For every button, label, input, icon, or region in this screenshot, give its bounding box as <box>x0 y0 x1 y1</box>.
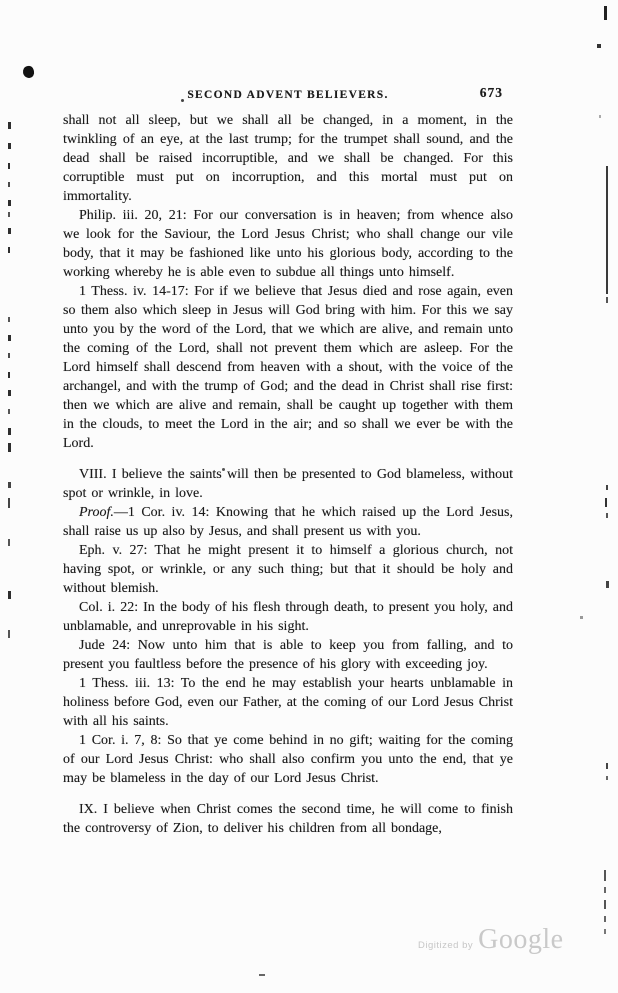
paragraph-proof: Proof.—1 Cor. iv. 14: Knowing that he wh… <box>63 503 513 541</box>
scan-speck <box>290 477 292 479</box>
scan-mark <box>604 6 607 20</box>
paragraph-ephesians: Eph. v. 27: That he might present it to … <box>63 541 513 598</box>
scan-tick <box>8 122 11 129</box>
scan-speck <box>222 468 225 471</box>
scan-mark <box>606 297 608 303</box>
scan-mark <box>599 115 601 118</box>
scan-mark <box>606 513 608 518</box>
scan-tick <box>8 443 11 452</box>
scan-tick <box>8 212 10 217</box>
scan-mark <box>604 887 606 893</box>
paragraph-continuation: shall not all sleep, but we shall all be… <box>63 111 513 206</box>
scan-tick <box>8 163 10 169</box>
scan-mark <box>604 870 606 881</box>
scan-tick <box>8 182 10 187</box>
scan-tick <box>8 353 10 358</box>
watermark-prefix: Digitized by <box>418 940 473 951</box>
paragraph-philippians: Philip. iii. 20, 21: For our conversatio… <box>63 206 513 282</box>
scan-tick <box>8 143 11 149</box>
scan-tick <box>8 591 11 599</box>
scan-mark <box>604 916 606 922</box>
paragraph-thessalonians-iii: 1 Thess. iii. 13: To the end he may esta… <box>63 674 513 731</box>
scan-tick <box>8 539 10 546</box>
scan-tick <box>8 428 11 435</box>
page-body: shall not all sleep, but we shall all be… <box>63 111 513 838</box>
page-number: 673 <box>480 85 503 101</box>
scan-mark <box>604 929 606 934</box>
scan-tick <box>8 247 10 253</box>
paragraph-jude: Jude 24: Now unto him that is able to ke… <box>63 636 513 674</box>
scanned-book-page: SECOND ADVENT BELIEVERS. 673 shall not a… <box>0 0 618 993</box>
scan-edge-line <box>606 166 608 294</box>
digitization-watermark: Digitized by Google <box>418 924 564 956</box>
scan-tick <box>8 630 10 638</box>
scan-mark <box>604 900 606 909</box>
scan-mark <box>597 44 601 48</box>
google-logo: Google <box>478 924 563 956</box>
scan-mark <box>606 763 608 769</box>
scan-mark <box>580 616 583 619</box>
scan-mark <box>606 776 608 780</box>
scan-tick <box>8 372 10 378</box>
paragraph-thessalonians: 1 Thess. iv. 14-17: For if we believe th… <box>63 282 513 453</box>
scan-tick <box>8 317 10 322</box>
scan-tick <box>8 335 11 341</box>
scan-tick <box>8 482 11 488</box>
scan-mark <box>605 498 607 507</box>
paragraph-colossians: Col. i. 22: In the body of his flesh thr… <box>63 598 513 636</box>
scan-mark <box>606 581 609 588</box>
page-header: SECOND ADVENT BELIEVERS. 673 <box>63 85 513 103</box>
scan-tick <box>8 228 11 234</box>
scan-tick <box>8 409 10 414</box>
scan-tick <box>8 200 11 206</box>
scan-tick <box>8 498 10 508</box>
ink-blot-artifact <box>22 65 35 79</box>
scan-mark <box>606 485 608 490</box>
scan-tick <box>8 390 11 396</box>
proof-label: Proof. <box>79 505 114 520</box>
paragraph-article-ix: IX. I believe when Christ comes the seco… <box>63 800 513 838</box>
scan-speck <box>259 974 265 976</box>
proof-text: —1 Cor. iv. 14: Knowing that he which ra… <box>63 505 513 539</box>
running-title: SECOND ADVENT BELIEVERS. <box>187 89 388 101</box>
paragraph-corinthians: 1 Cor. i. 7, 8: So that ye come behind i… <box>63 731 513 788</box>
scan-speck <box>181 99 184 102</box>
paragraph-article-viii: VIII. I believe the saints will then be … <box>63 465 513 503</box>
